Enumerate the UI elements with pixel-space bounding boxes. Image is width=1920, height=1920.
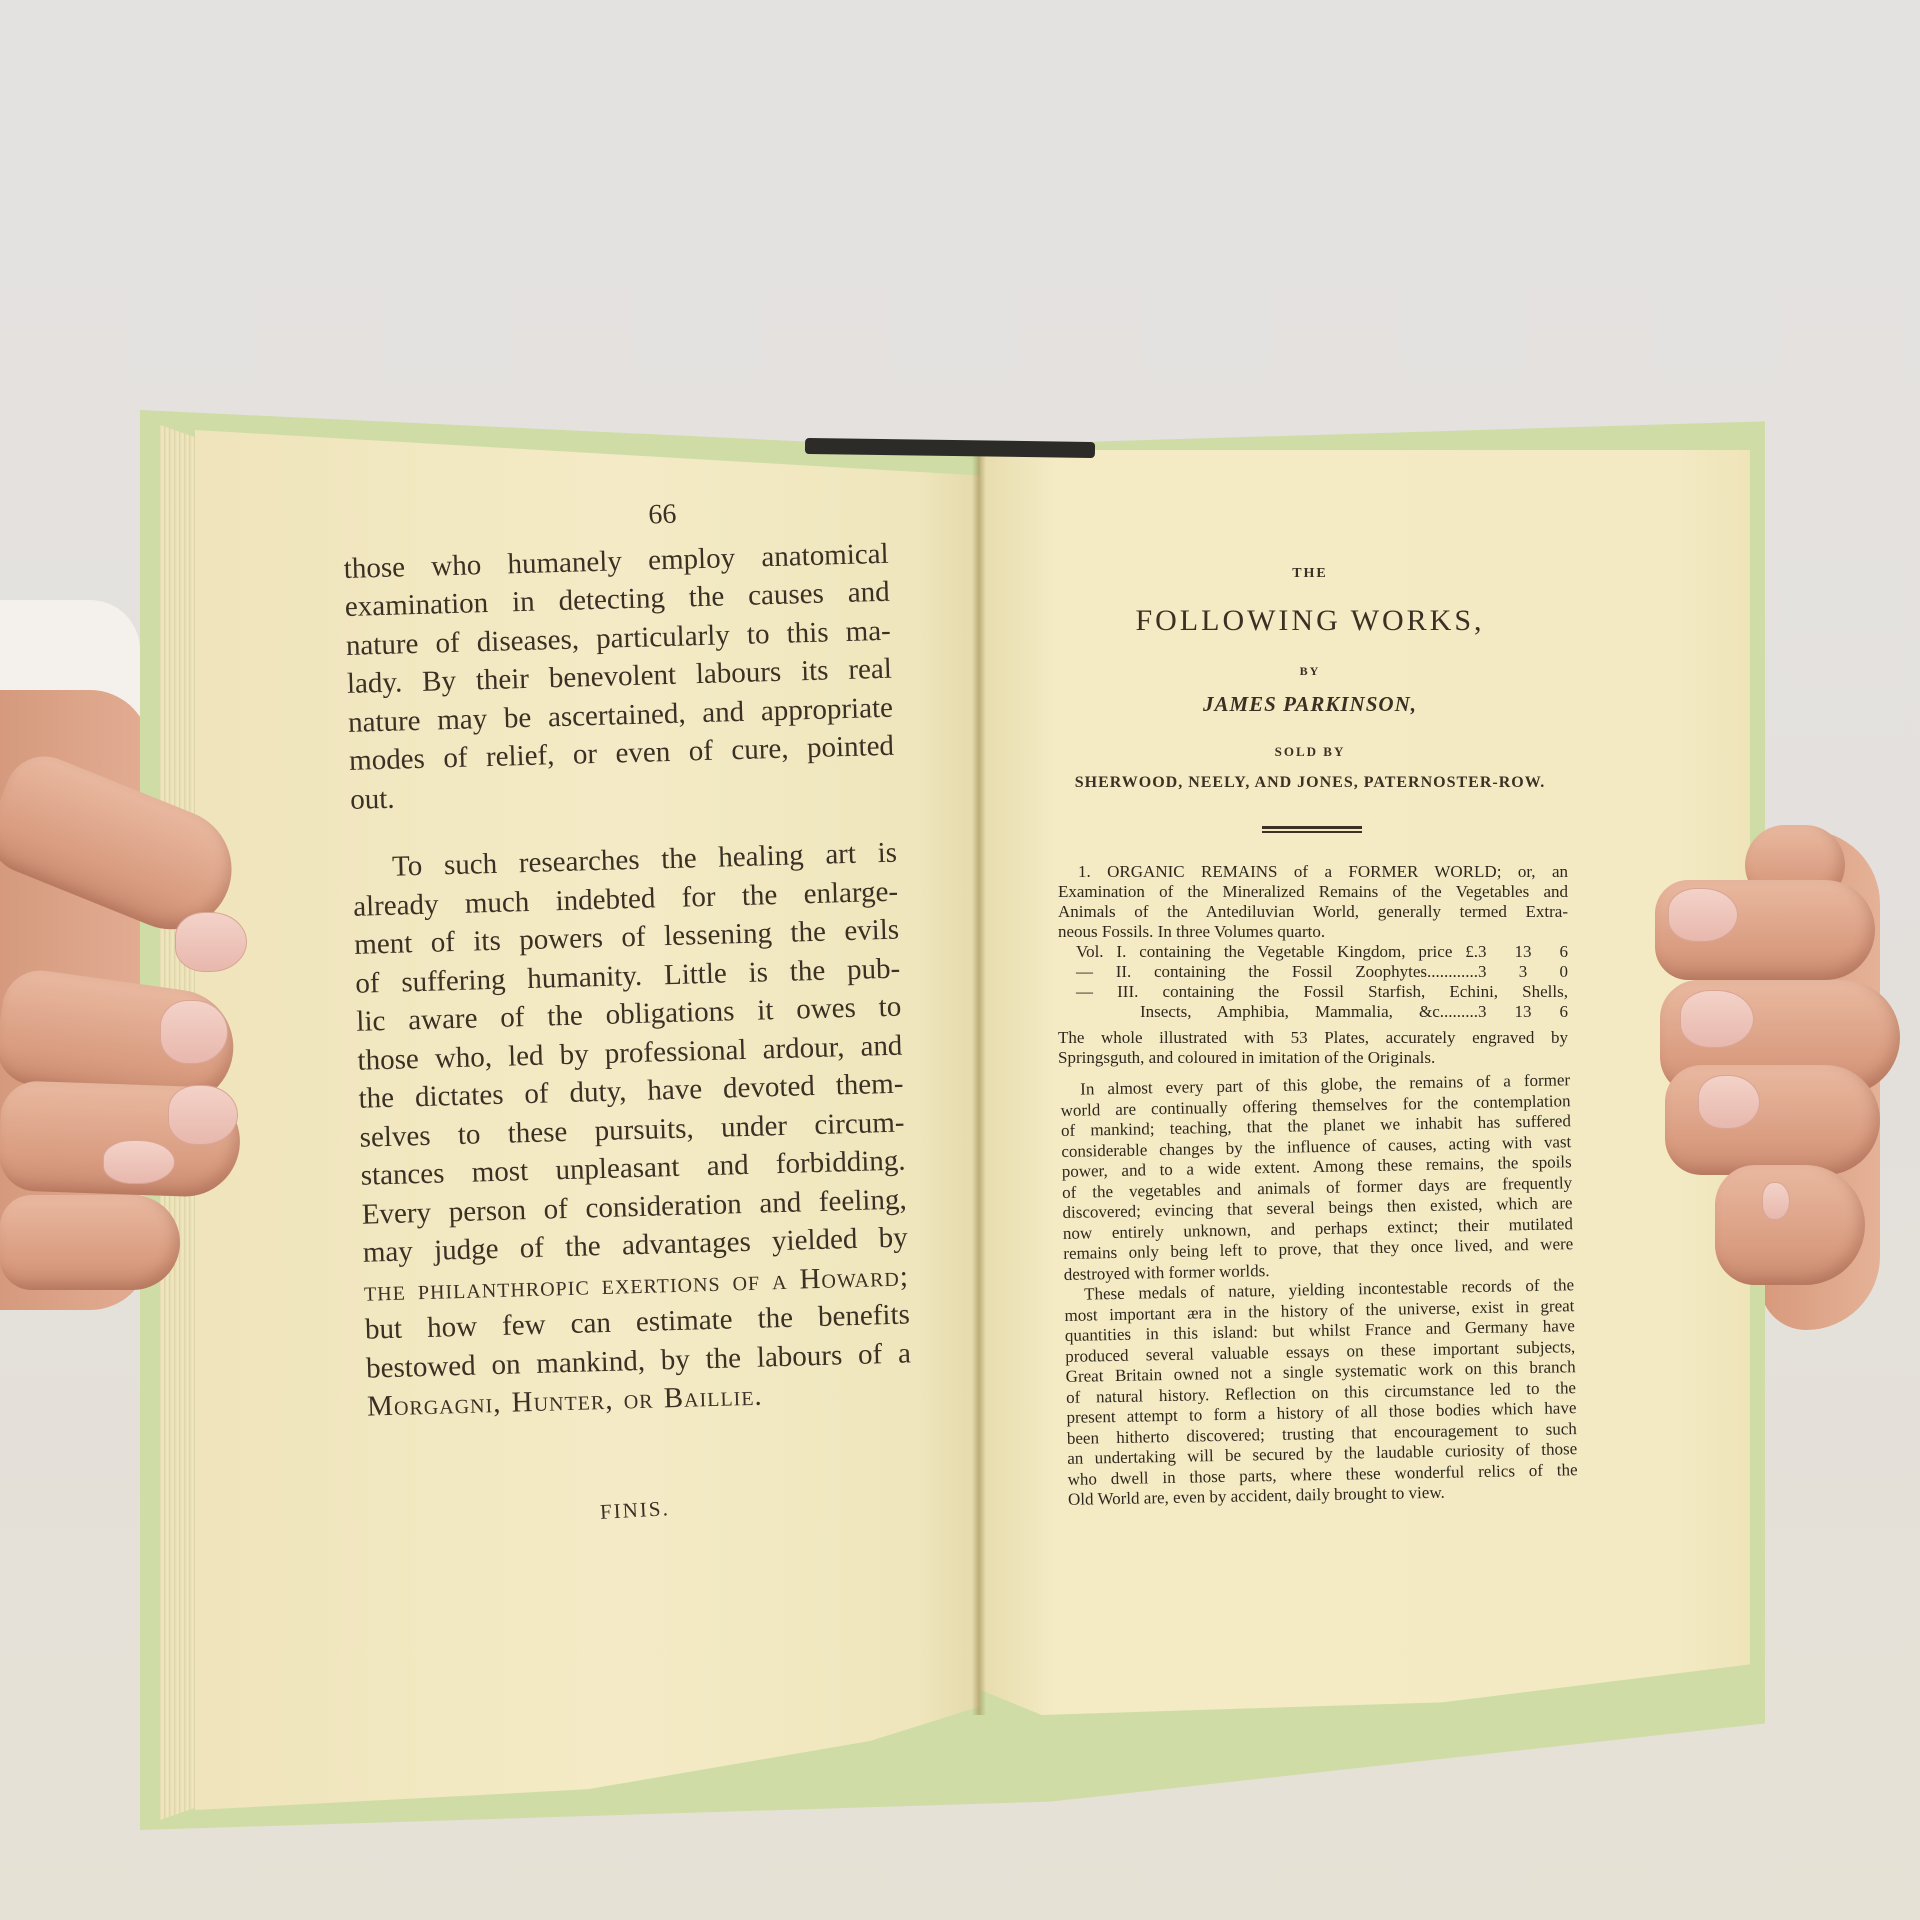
text-line: Springsguth, and coloured in imitation o… [1058, 1048, 1568, 1068]
text-line: Animals of the Antediluvian World, gener… [1058, 902, 1568, 922]
volume-price-row: — II. containing the Fossil Zoophytes...… [1058, 962, 1568, 982]
finis-label: FINIS. [599, 1496, 670, 1525]
text-line: 1. ORGANIC REMAINS of a FORMER WORLD; or… [1058, 862, 1568, 882]
volume-price-row: Vol. I. containing the Vegetable Kingdom… [1058, 942, 1568, 962]
text-line: The whole illustrated with 53 Plates, ac… [1058, 1028, 1568, 1048]
left-page-text: 66 those who humanely employ anatomical … [342, 490, 913, 1426]
volume-price-row: — III. containing the Fossil Starfish, E… [1058, 982, 1568, 1002]
volume-price-row: Insects, Amphibia, Mammalia, &c.........… [1058, 1002, 1568, 1022]
works-description: In almost every part of this globe, the … [1060, 1070, 1578, 1510]
heading-title: FOLLOWING WORKS, [1040, 604, 1580, 638]
heading-the: THE [1040, 566, 1580, 582]
heading-by: BY [1040, 664, 1580, 679]
photo-scene: 66 those who humanely employ anatomical … [0, 0, 1920, 1920]
text-line: neous Fossils. In three Volumes quarto. [1058, 922, 1568, 942]
heading-publisher: SHERWOOD, NEELY, AND JONES, PATERNOSTER-… [1040, 774, 1580, 792]
works-entry-1: 1. ORGANIC REMAINS of a FORMER WORLD; or… [1058, 862, 1568, 1068]
text-line: Examination of the Mineralized Remains o… [1058, 882, 1568, 902]
heading-sold-by: SOLD BY [1040, 744, 1580, 760]
book-gutter [972, 455, 986, 1715]
double-rule-divider [1262, 826, 1362, 833]
heading-author: JAMES PARKINSON, [1040, 692, 1580, 717]
